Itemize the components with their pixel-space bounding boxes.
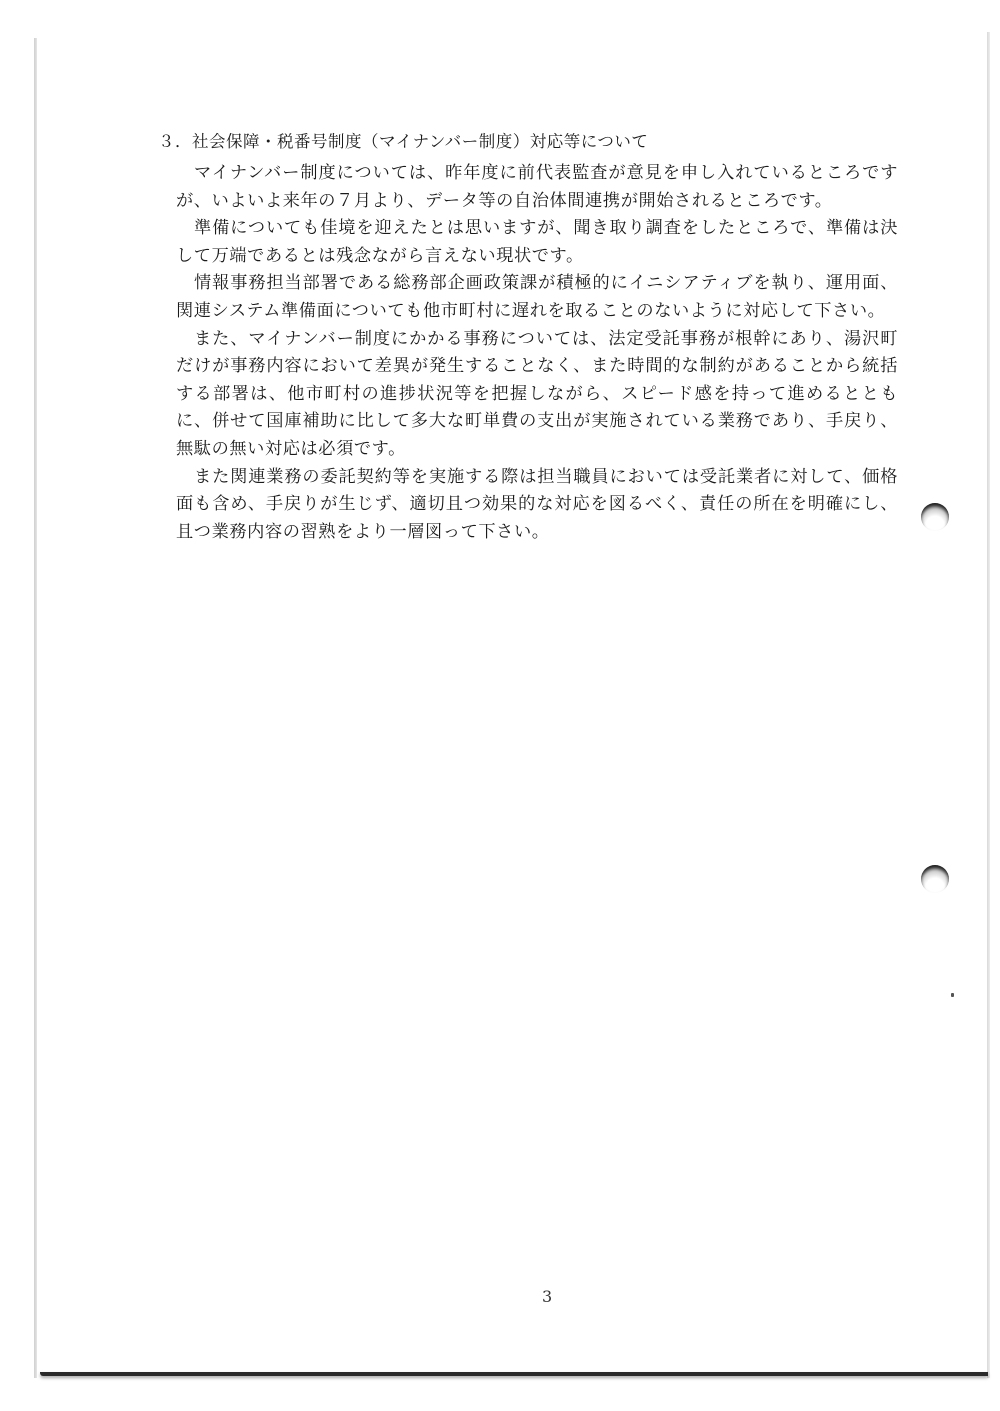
section-heading: ３．社会保障・税番号制度（マイナンバー制度）対応等について	[158, 130, 898, 154]
paragraph-3: 情報事務担当部署である総務部企画政策課が積極的にイニシアティブを執り、運用面、関…	[158, 270, 898, 325]
document-body: ３．社会保障・税番号制度（マイナンバー制度）対応等について マイナンバー制度につ…	[158, 130, 898, 546]
page-edge-bottom-shadow	[40, 1372, 988, 1376]
paragraph-4: また、マイナンバー制度にかかる事務については、法定受託事務が根幹にあり、湯沢町だ…	[158, 326, 898, 464]
page-number: 3	[542, 1287, 552, 1306]
page-edge-left	[34, 38, 37, 1378]
paragraph-2: 準備についても佳境を迎えたとは思いますが、聞き取り調査をしたところで、準備は決し…	[158, 215, 898, 270]
paragraph-1: マイナンバー制度については、昨年度に前代表監査が意見を申し入れているところですが…	[158, 160, 898, 215]
page-edge-right	[987, 32, 990, 1378]
paragraph-5: また関連業務の委託契約等を実施する際は担当職員においては受託業者に対して、価格面…	[158, 464, 898, 547]
scan-speck	[951, 993, 954, 997]
punch-hole-top	[921, 503, 949, 531]
punch-hole-bottom	[921, 865, 949, 893]
